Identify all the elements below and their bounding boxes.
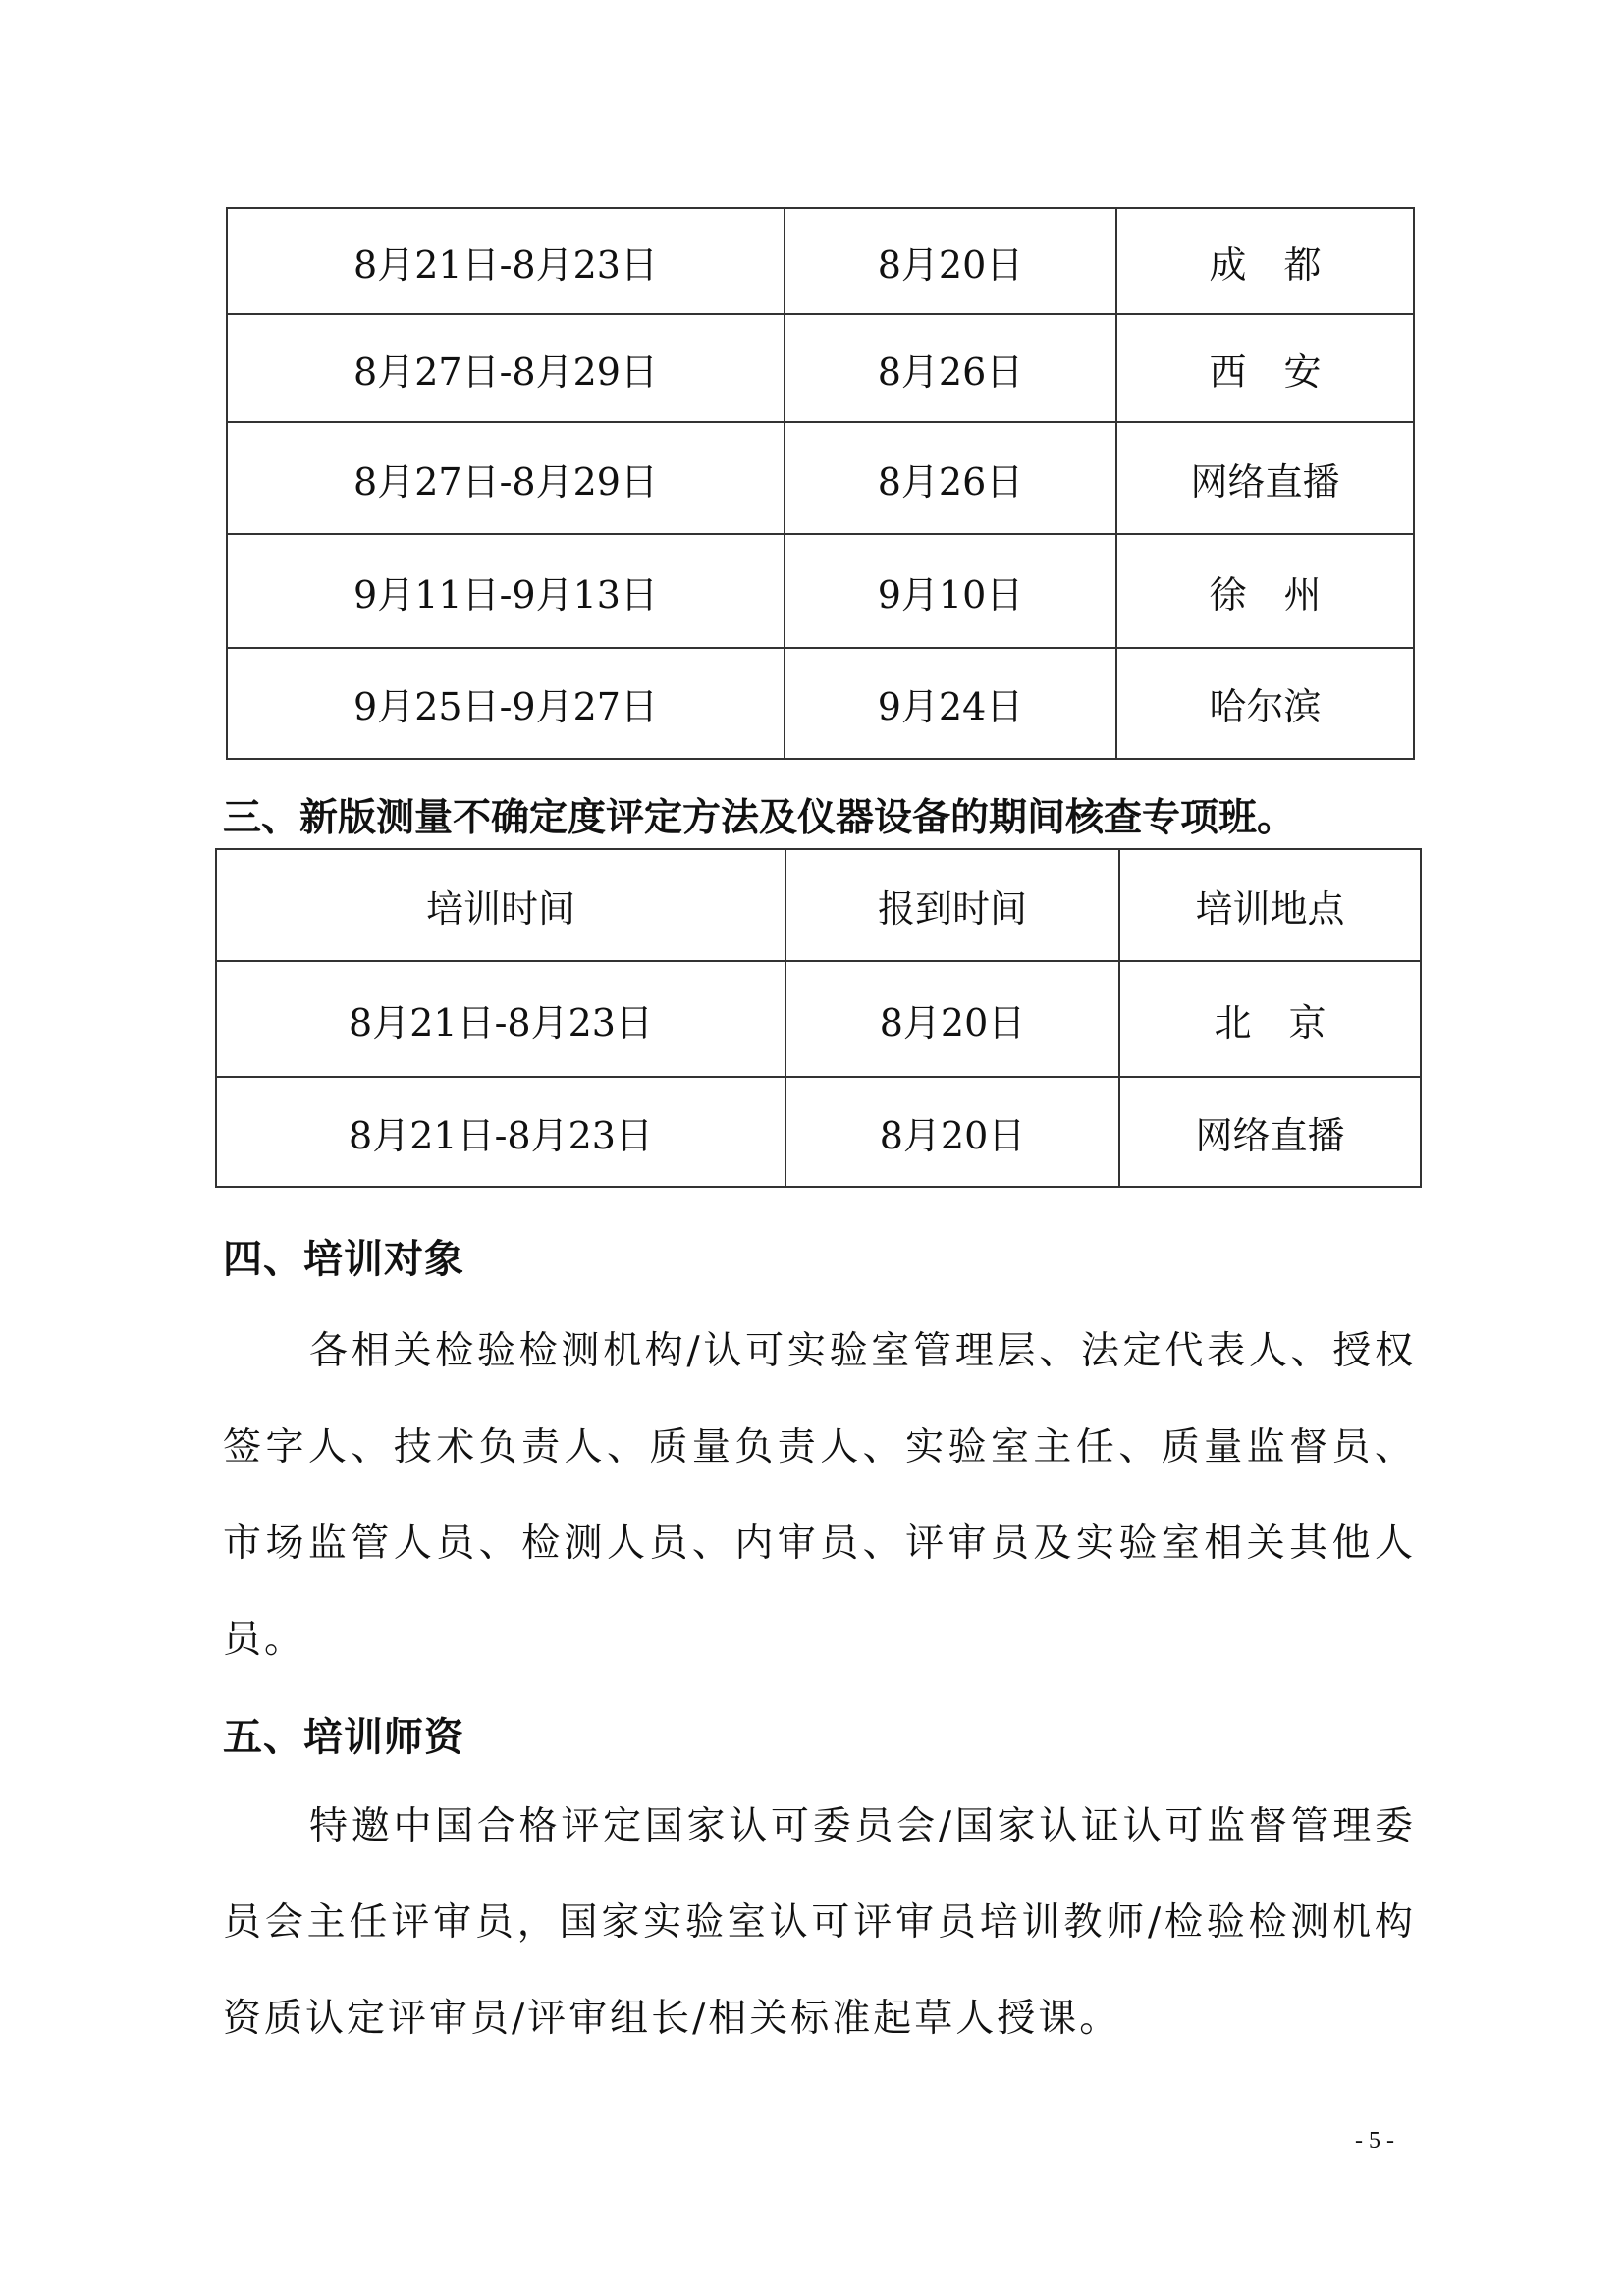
section-3-heading: 三、新版测量不确定度评定方法及仪器设备的期间核查专项班。 (223, 787, 1295, 842)
checkin-time-cell: 9月24日 (785, 648, 1116, 759)
checkin-time-cell: 8月20日 (785, 1077, 1119, 1187)
table-row: 8月21日-8月23日 8月20日 北 京 (216, 961, 1421, 1077)
training-time-cell: 8月21日-8月23日 (216, 1077, 785, 1187)
checkin-time-cell: 8月20日 (785, 961, 1119, 1077)
training-audience-paragraph: 各相关检验检测机构/认可实验室管理层、法定代表人、授权签字人、技术负责人、质量负… (223, 1304, 1416, 1688)
table-row: 8月27日-8月29日 8月26日 西 安 (227, 314, 1414, 422)
table-row: 8月27日-8月29日 8月26日 网络直播 (227, 422, 1414, 534)
table-row: 9月25日-9月27日 9月24日 哈尔滨 (227, 648, 1414, 759)
location-cell: 徐 州 (1116, 534, 1414, 648)
header-training-time: 培训时间 (216, 849, 785, 961)
table-row: 8月21日-8月23日 8月20日 网络直播 (216, 1077, 1421, 1187)
training-time-cell: 9月11日-9月13日 (227, 534, 785, 648)
training-faculty-paragraph: 特邀中国合格评定国家认可委员会/国家认证认可监督管理委员会主任评审员，国家实验室… (223, 1779, 1416, 2067)
page-number: - 5 - (1355, 2128, 1394, 2155)
table-row: 9月11日-9月13日 9月10日 徐 州 (227, 534, 1414, 648)
section-4-heading: 四、培训对象 (223, 1228, 464, 1284)
training-time-cell: 8月21日-8月23日 (227, 208, 785, 314)
uncertainty-course-schedule-table: 培训时间 报到时间 培训地点 8月21日-8月23日 8月20日 北 京 8月2… (215, 848, 1422, 1188)
section-5-heading: 五、培训师资 (223, 1706, 464, 1762)
training-time-cell: 8月27日-8月29日 (227, 314, 785, 422)
training-time-cell: 9月25日-9月27日 (227, 648, 785, 759)
location-cell: 成 都 (1116, 208, 1414, 314)
location-cell: 网络直播 (1116, 422, 1414, 534)
checkin-time-cell: 8月26日 (785, 314, 1116, 422)
location-cell: 网络直播 (1119, 1077, 1421, 1187)
training-time-cell: 8月27日-8月29日 (227, 422, 785, 534)
location-cell: 哈尔滨 (1116, 648, 1414, 759)
checkin-time-cell: 8月20日 (785, 208, 1116, 314)
document-page: 8月21日-8月23日 8月20日 成 都 8月27日-8月29日 8月26日 … (0, 0, 1624, 2296)
location-cell: 北 京 (1119, 961, 1421, 1077)
checkin-time-cell: 8月26日 (785, 422, 1116, 534)
schedule-table-continued: 8月21日-8月23日 8月20日 成 都 8月27日-8月29日 8月26日 … (226, 207, 1415, 760)
checkin-time-cell: 9月10日 (785, 534, 1116, 648)
training-time-cell: 8月21日-8月23日 (216, 961, 785, 1077)
location-cell: 西 安 (1116, 314, 1414, 422)
header-checkin-time: 报到时间 (785, 849, 1119, 961)
header-location: 培训地点 (1119, 849, 1421, 961)
table-row: 8月21日-8月23日 8月20日 成 都 (227, 208, 1414, 314)
table-header-row: 培训时间 报到时间 培训地点 (216, 849, 1421, 961)
